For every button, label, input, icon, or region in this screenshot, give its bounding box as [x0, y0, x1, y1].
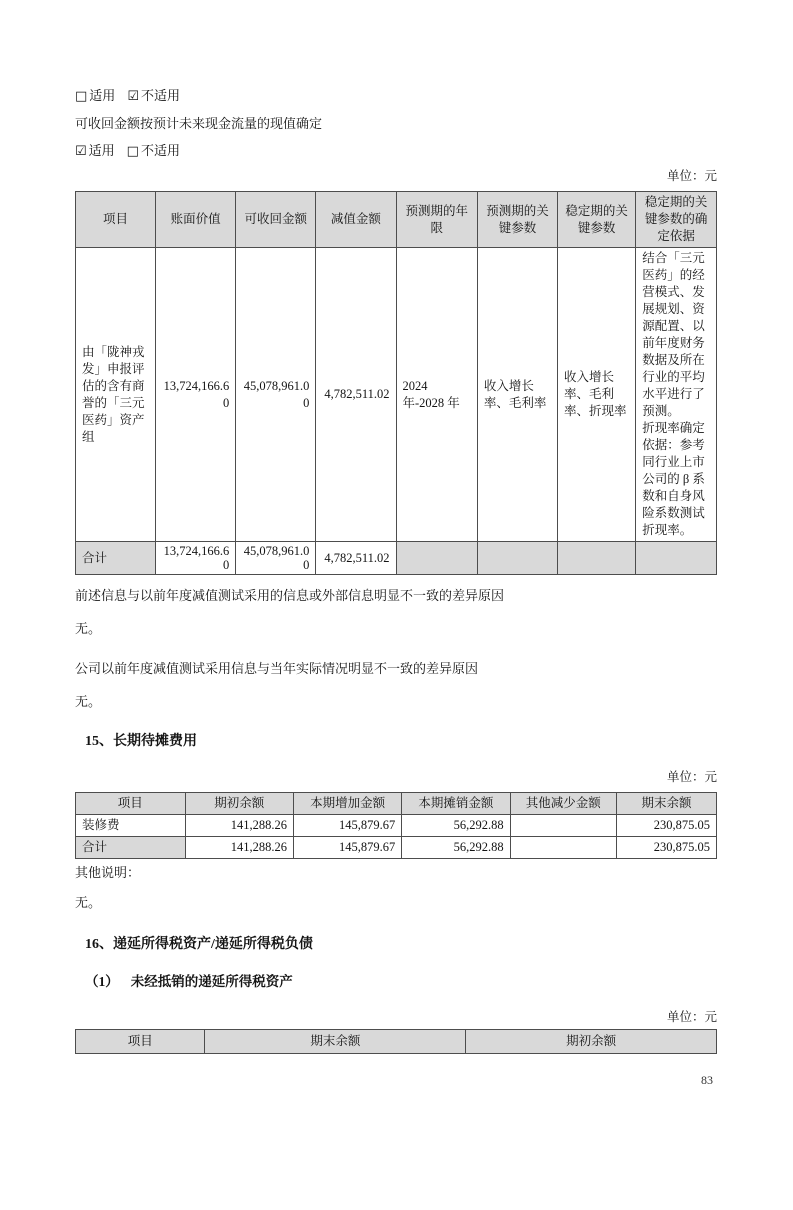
checkbox-checked-icon: ☑ — [75, 144, 87, 159]
table-row-total: 合计 13,724,166.60 45,078,961.00 4,782,511… — [76, 542, 717, 575]
cell-total-recoverable-amount: 45,078,961.00 — [236, 542, 316, 575]
cell-increase: 145,879.67 — [293, 837, 401, 859]
column-header: 期末余额 — [205, 1030, 466, 1054]
table-header-row: 项目 期初余额 本期增加金额 本期摊销金额 其他减少金额 期末余额 — [76, 793, 717, 815]
column-header: 期初余额 — [185, 793, 293, 815]
column-header: 项目 — [76, 192, 156, 248]
option-applicable: ☑适用 — [75, 143, 115, 158]
section-15-title: 15、长期待摊费用 — [85, 734, 717, 750]
column-header: 本期增加金额 — [293, 793, 401, 815]
cell-book-value: 13,724,166.60 — [156, 248, 236, 542]
note-answer-2: 无。 — [75, 694, 717, 709]
page-content: □适用☑不适用 可收回金额按预计未来现金流量的现值确定 ☑适用□不适用 单位：元… — [0, 88, 793, 1088]
cell-recoverable-amount: 45,078,961.00 — [236, 248, 316, 542]
cell-item: 由「陇神戎发」申报评估的含有商誉的「三元医药」资产组 — [76, 248, 156, 542]
unit-label: 单位：元 — [75, 1010, 717, 1025]
cell-stable-key-params: 收入增长率、毛利率、折现率 — [558, 248, 636, 542]
column-header: 项目 — [76, 793, 186, 815]
cell-closing-balance: 230,875.05 — [616, 837, 716, 859]
cell-total-label: 合计 — [76, 542, 156, 575]
table-header-row: 项目 期末余额 期初余额 — [76, 1030, 717, 1054]
cell-total-label: 合计 — [76, 837, 186, 859]
note-question-1: 前述信息与以前年度减值测试采用的信息或外部信息明显不一致的差异原因 — [75, 588, 717, 603]
table-row-asset-group: 由「陇神戎发」申报评估的含有商誉的「三元医药」资产组 13,724,166.60… — [76, 248, 717, 542]
cell-total-book-value: 13,724,166.60 — [156, 542, 236, 575]
deferred-tax-assets-table: 项目 期末余额 期初余额 — [75, 1029, 717, 1054]
checkbox-unchecked-icon: □ — [127, 144, 139, 159]
note-question-2: 公司以前年度减值测试采用信息与当年实际情况明显不一致的差异原因 — [75, 661, 717, 676]
applicability-line-1: □适用☑不适用 — [75, 88, 717, 104]
column-header: 账面价值 — [156, 192, 236, 248]
checkbox-unchecked-icon: □ — [75, 89, 87, 104]
cell-opening-balance: 141,288.26 — [185, 837, 293, 859]
option-applicable: □适用 — [75, 88, 115, 103]
impairment-test-table: 项目 账面价值 可收回金额 减值金额 预测期的年限 预测期的关键参数 稳定期的关… — [75, 191, 717, 575]
option-label: 适用 — [89, 143, 115, 158]
cell-total-impairment-amount: 4,782,511.02 — [316, 542, 396, 575]
section-16-sub-1-title: （1）未经抵销的递延所得税资产 — [85, 974, 717, 989]
cell-amortized: 56,292.88 — [402, 837, 510, 859]
method-statement: 可收回金额按预计未来现金流量的现值确定 — [75, 116, 717, 131]
column-header: 期初余额 — [466, 1030, 717, 1054]
cell-empty — [477, 542, 557, 575]
unit-label: 单位：元 — [75, 169, 717, 184]
option-label: 适用 — [89, 88, 115, 103]
cell-empty — [396, 542, 477, 575]
column-header: 稳定期的关键参数 — [558, 192, 636, 248]
cell-empty — [636, 542, 717, 575]
other-note-label: 其他说明： — [75, 865, 717, 880]
column-header: 其他减少金额 — [510, 793, 616, 815]
option-not-applicable: □不适用 — [127, 143, 180, 158]
column-header: 预测期的关键参数 — [477, 192, 557, 248]
column-header: 减值金额 — [316, 192, 396, 248]
sub-title-text: 未经抵销的递延所得税资产 — [131, 974, 293, 989]
option-not-applicable: ☑不适用 — [127, 88, 180, 103]
applicability-line-2: ☑适用□不适用 — [75, 143, 717, 159]
column-header: 稳定期的关键参数的确定依据 — [636, 192, 717, 248]
option-label: 不适用 — [141, 143, 180, 158]
table-row-decoration-fee: 装修费 141,288.26 145,879.67 56,292.88 230,… — [76, 815, 717, 837]
other-note-value: 无。 — [75, 895, 717, 910]
cell-stable-params-basis: 结合「三元医药」的经营模式、发展规划、资源配置、以前年度财务数据及所在行业的平均… — [636, 248, 717, 542]
column-header: 本期摊销金额 — [402, 793, 510, 815]
page-number: 83 — [75, 1073, 717, 1088]
option-label: 不适用 — [141, 88, 180, 103]
cell-amortized: 56,292.88 — [402, 815, 510, 837]
unit-label: 单位：元 — [75, 770, 717, 785]
deferred-expenses-table: 项目 期初余额 本期增加金额 本期摊销金额 其他减少金额 期末余额 装修费 14… — [75, 792, 717, 859]
cell-other-decrease — [510, 837, 616, 859]
cell-impairment-amount: 4,782,511.02 — [316, 248, 396, 542]
note-answer-1: 无。 — [75, 621, 717, 636]
checkbox-checked-icon: ☑ — [127, 89, 139, 104]
cell-increase: 145,879.67 — [293, 815, 401, 837]
cell-forecast-period: 2024 年-2028 年 — [396, 248, 477, 542]
column-header: 期末余额 — [616, 793, 716, 815]
cell-opening-balance: 141,288.26 — [185, 815, 293, 837]
column-header: 预测期的年限 — [396, 192, 477, 248]
section-16-title: 16、递延所得税资产/递延所得税负债 — [85, 937, 717, 953]
cell-forecast-key-params: 收入增长率、毛利率 — [477, 248, 557, 542]
table-row-total: 合计 141,288.26 145,879.67 56,292.88 230,8… — [76, 837, 717, 859]
cell-empty — [558, 542, 636, 575]
table-header-row: 项目 账面价值 可收回金额 减值金额 预测期的年限 预测期的关键参数 稳定期的关… — [76, 192, 717, 248]
cell-item: 装修费 — [76, 815, 186, 837]
column-header: 项目 — [76, 1030, 205, 1054]
sub-index: （1） — [85, 974, 119, 989]
cell-other-decrease — [510, 815, 616, 837]
cell-closing-balance: 230,875.05 — [616, 815, 716, 837]
column-header: 可收回金额 — [236, 192, 316, 248]
